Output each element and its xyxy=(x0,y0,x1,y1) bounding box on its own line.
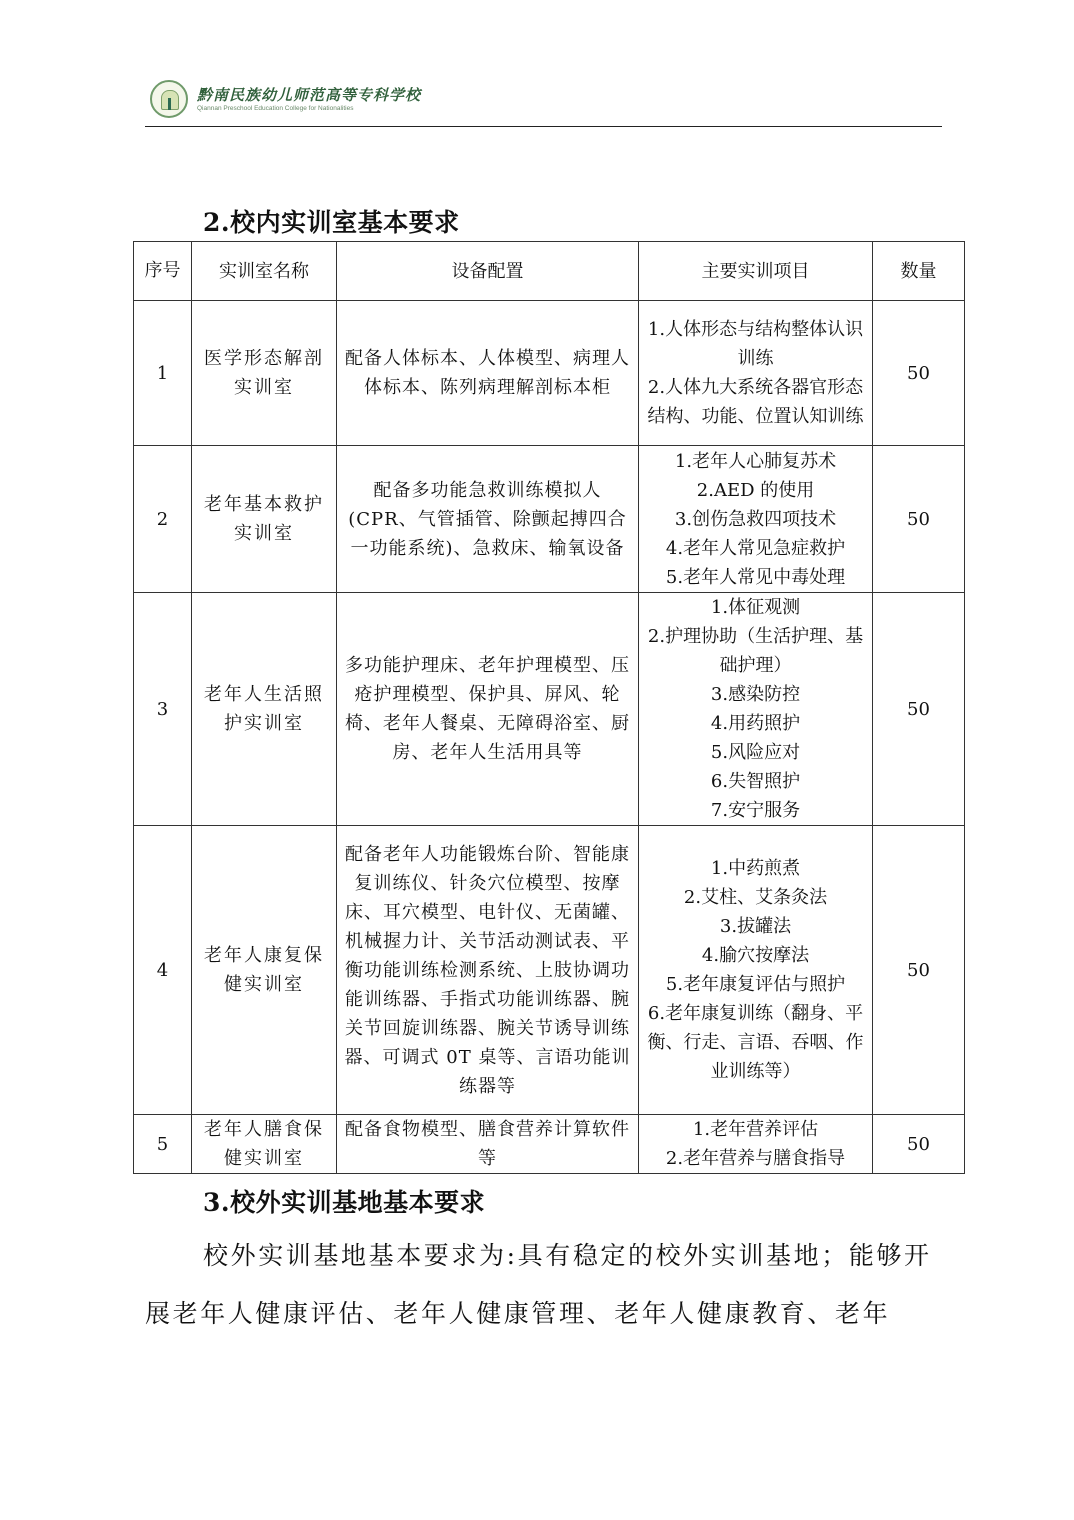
cell-quantity: 50 xyxy=(873,1115,965,1174)
item: 5.老年康复评估与照护 xyxy=(645,970,866,999)
item: 7.安宁服务 xyxy=(645,796,866,825)
item: 4.腧穴按摩法 xyxy=(645,941,866,970)
col-header-equipment: 设备配置 xyxy=(337,242,639,301)
cell-items: 1.体征观测 2.护理协助（生活护理、基础护理） 3.感染防控 4.用药照护 5… xyxy=(639,593,873,826)
item: 1.老年人心肺复苏术 xyxy=(645,447,866,476)
item: 4.老年人常见急症救护 xyxy=(645,534,866,563)
item: 2.AED 的使用 xyxy=(645,476,866,505)
cell-no: 2 xyxy=(134,446,192,593)
item: 3.感染防控 xyxy=(645,680,866,709)
cell-items: 1.老年人心肺复苏术 2.AED 的使用 3.创伤急救四项技术 4.老年人常见急… xyxy=(639,446,873,593)
lab-requirements-table: 序号 实训室名称 设备配置 主要实训项目 数量 1 医学形态解剖实训室 配备人体… xyxy=(133,241,965,1174)
college-emblem-icon xyxy=(150,80,188,118)
item: 2.艾柱、艾条灸法 xyxy=(645,883,866,912)
body-paragraph: 校外实训基地基本要求为:具有稳定的校外实训基地；能够开展老年人健康评估、老年人健… xyxy=(145,1227,942,1343)
cell-equipment: 配备人体标本、人体模型、病理人体标本、陈列病理解剖标本柜 xyxy=(337,301,639,446)
cell-quantity: 50 xyxy=(873,826,965,1115)
item: 2.老年营养与膳食指导 xyxy=(645,1144,866,1173)
table-header-row: 序号 实训室名称 设备配置 主要实训项目 数量 xyxy=(134,242,965,301)
item: 6.失智照护 xyxy=(645,767,866,796)
col-header-items: 主要实训项目 xyxy=(639,242,873,301)
cell-equipment: 多功能护理床、老年护理模型、压疮护理模型、保护具、屏风、轮椅、老年人餐桌、无障碍… xyxy=(337,593,639,826)
cell-items: 1.中药煎煮 2.艾柱、艾条灸法 3.拔罐法 4.腧穴按摩法 5.老年康复评估与… xyxy=(639,826,873,1115)
item: 1.人体形态与结构整体认识训练 xyxy=(645,315,866,373)
col-header-name: 实训室名称 xyxy=(192,242,337,301)
cell-name: 医学形态解剖实训室 xyxy=(192,301,337,446)
cell-quantity: 50 xyxy=(873,593,965,826)
table-row: 2 老年基本救护实训室 配备多功能急救训练模拟人(CPR、气管插管、除颤起搏四合… xyxy=(134,446,965,593)
cell-equipment: 配备老年人功能锻炼台阶、智能康复训练仪、针灸穴位模型、按摩床、耳穴模型、电针仪、… xyxy=(337,826,639,1115)
table-row: 5 老年人膳食保健实训室 配备食物模型、膳食营养计算软件等 1.老年营养评估 2… xyxy=(134,1115,965,1174)
cell-name: 老年人康复保健实训室 xyxy=(192,826,337,1115)
cell-items: 1.人体形态与结构整体认识训练 2.人体九大系统各器官形态结构、功能、位置认知训… xyxy=(639,301,873,446)
cell-quantity: 50 xyxy=(873,446,965,593)
table-row: 3 老年人生活照护实训室 多功能护理床、老年护理模型、压疮护理模型、保护具、屏风… xyxy=(134,593,965,826)
header-divider xyxy=(145,126,942,127)
item: 4.用药照护 xyxy=(645,709,866,738)
cell-no: 5 xyxy=(134,1115,192,1174)
item: 1.体征观测 xyxy=(645,593,866,622)
cell-name: 老年基本救护实训室 xyxy=(192,446,337,593)
cell-no: 3 xyxy=(134,593,192,826)
cell-equipment: 配备食物模型、膳食营养计算软件等 xyxy=(337,1115,639,1174)
item: 1.中药煎煮 xyxy=(645,854,866,883)
section-heading-oncampus: 2.校内实训室基本要求 xyxy=(203,203,460,239)
item: 2.人体九大系统各器官形态结构、功能、位置认知训练 xyxy=(645,373,866,431)
cell-name: 老年人膳食保健实训室 xyxy=(192,1115,337,1174)
table-row: 1 医学形态解剖实训室 配备人体标本、人体模型、病理人体标本、陈列病理解剖标本柜… xyxy=(134,301,965,446)
college-name-en: Qiannan Preschool Education College for … xyxy=(197,105,353,112)
cell-equipment: 配备多功能急救训练模拟人(CPR、气管插管、除颤起搏四合一功能系统)、急救床、输… xyxy=(337,446,639,593)
cell-no: 4 xyxy=(134,826,192,1115)
item: 5.风险应对 xyxy=(645,738,866,767)
item: 3.拔罐法 xyxy=(645,912,866,941)
cell-name: 老年人生活照护实训室 xyxy=(192,593,337,826)
col-header-quantity: 数量 xyxy=(873,242,965,301)
college-name-cn: 黔南民族幼儿师范高等专科学校 xyxy=(197,84,421,105)
item: 5.老年人常见中毒处理 xyxy=(645,563,866,592)
item: 6.老年康复训练（翻身、平衡、行走、言语、吞咽、作业训练等） xyxy=(645,999,866,1086)
item: 1.老年营养评估 xyxy=(645,1115,866,1144)
table-row: 4 老年人康复保健实训室 配备老年人功能锻炼台阶、智能康复训练仪、针灸穴位模型、… xyxy=(134,826,965,1115)
item: 2.护理协助（生活护理、基础护理） xyxy=(645,622,866,680)
cell-quantity: 50 xyxy=(873,301,965,446)
emblem-trunk xyxy=(168,98,171,110)
cell-no: 1 xyxy=(134,301,192,446)
col-header-no: 序号 xyxy=(134,242,192,301)
page-header: 黔南民族幼儿师范高等专科学校 Qiannan Preschool Educati… xyxy=(145,78,942,128)
cell-items: 1.老年营养评估 2.老年营养与膳食指导 xyxy=(639,1115,873,1174)
item: 3.创伤急救四项技术 xyxy=(645,505,866,534)
section-heading-offcampus: 3.校外实训基地基本要求 xyxy=(203,1183,485,1219)
